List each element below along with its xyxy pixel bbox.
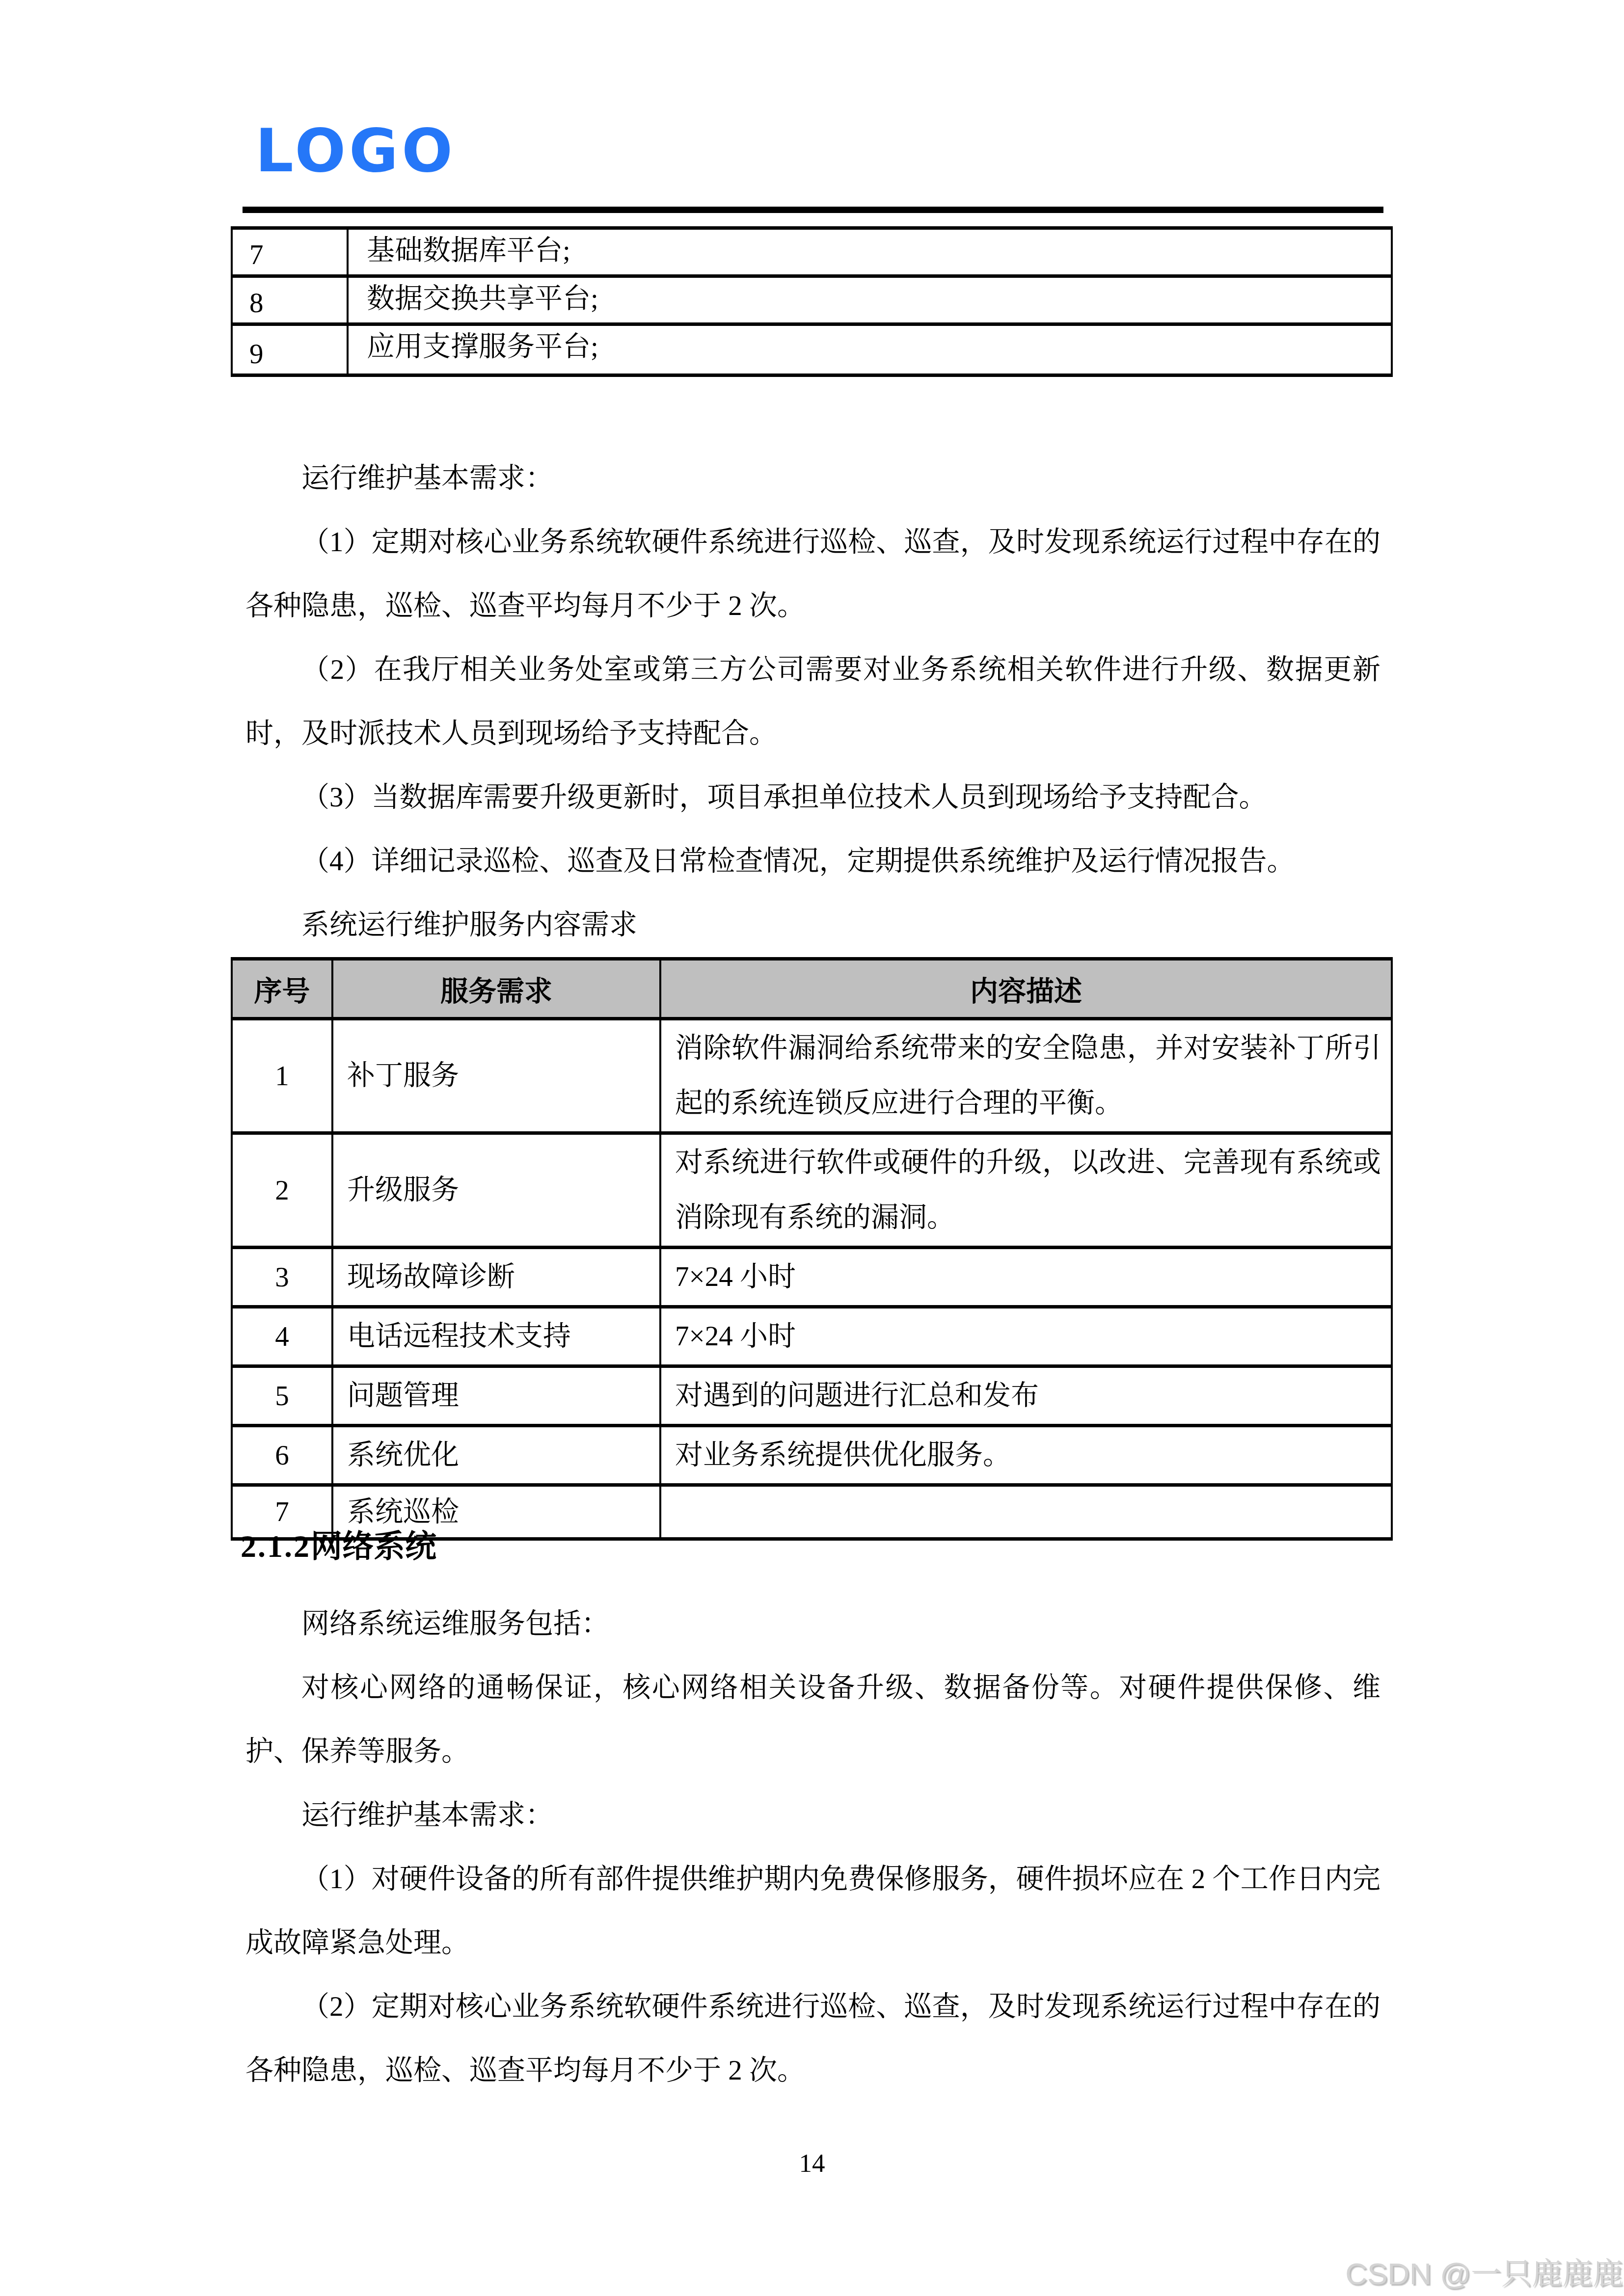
table-row: 5 问题管理 对遇到的问题进行汇总和发布	[232, 1366, 1392, 1426]
platform-table: 7 基础数据库平台; 8 数据交换共享平台; 9 应用支撑服务平台;	[231, 226, 1393, 377]
paragraph: （2）定期对核心业务系统软硬件系统进行巡检、巡查，及时发现系统运行过程中存在的各…	[245, 1975, 1380, 2103]
row-service-cell: 升级服务	[332, 1133, 660, 1248]
table-row: 1 补丁服务 消除软件漏洞给系统带来的安全隐患，并对安装补丁所引起的系统连锁反应…	[232, 1019, 1392, 1133]
paragraph: 系统运行维护服务内容需求	[245, 893, 1380, 957]
row-description-cell: 7×24 小时	[660, 1307, 1392, 1366]
row-number-cell: 8	[232, 276, 348, 324]
row-number-cell: 7	[232, 228, 348, 276]
row-service-cell: 补丁服务	[332, 1019, 660, 1133]
section-number: 2.1.2	[241, 1529, 311, 1564]
row-description-cell: 7×24 小时	[660, 1248, 1392, 1307]
paragraph: 运行维护基本需求：	[245, 447, 1380, 510]
row-description-cell: 对系统进行软件或硬件的升级，以改进、完善现有系统或消除现有系统的漏洞。	[660, 1133, 1392, 1248]
paragraph: （4）详细记录巡检、巡查及日常检查情况，定期提供系统维护及运行情况报告。	[245, 829, 1380, 893]
paragraph: （2）在我厅相关业务处室或第三方公司需要对业务系统相关软件进行升级、数据更新时，…	[245, 638, 1380, 766]
row-text-cell: 数据交换共享平台;	[348, 276, 1392, 324]
row-service-cell: 现场故障诊断	[332, 1248, 660, 1307]
table-header-row: 序号 服务需求 内容描述	[232, 959, 1392, 1019]
row-number-cell: 2	[232, 1133, 332, 1248]
row-number-cell: 3	[232, 1248, 332, 1307]
row-number-cell: 9	[232, 324, 348, 375]
maintenance-requirements-block: 运行维护基本需求： （1）定期对核心业务系统软硬件系统进行巡检、巡查，及时发现系…	[245, 447, 1380, 957]
network-system-block: 网络系统运维服务包括： 对核心网络的通畅保证，核心网络相关设备升级、数据备份等。…	[245, 1592, 1380, 2103]
row-text-cell: 基础数据库平台;	[348, 228, 1392, 276]
watermark: CSDN @一只鹿鹿鹿	[1345, 2255, 1623, 2294]
row-description-cell: 对遇到的问题进行汇总和发布	[660, 1366, 1392, 1426]
row-number-cell: 1	[232, 1019, 332, 1133]
row-description-cell: 对业务系统提供优化服务。	[660, 1426, 1392, 1485]
page-number: 14	[0, 2149, 1624, 2178]
header-rule	[243, 207, 1383, 213]
paragraph: 对核心网络的通畅保证，核心网络相关设备升级、数据备份等。对硬件提供保修、维护、保…	[245, 1656, 1380, 1784]
service-table: 序号 服务需求 内容描述 1 补丁服务 消除软件漏洞给系统带来的安全隐患，并对安…	[231, 957, 1393, 1541]
row-number-cell: 5	[232, 1366, 332, 1426]
row-service-cell: 系统优化	[332, 1426, 660, 1485]
paragraph: （3）当数据库需要升级更新时，项目承担单位技术人员到现场给予支持配合。	[245, 766, 1380, 829]
section-heading: 2.1.2网络系统	[241, 1525, 436, 1567]
paragraph: 运行维护基本需求：	[245, 1784, 1380, 1847]
row-text-cell: 应用支撑服务平台;	[348, 324, 1392, 375]
row-number-cell: 4	[232, 1307, 332, 1366]
table-row: 6 系统优化 对业务系统提供优化服务。	[232, 1426, 1392, 1485]
header-cell-service: 服务需求	[332, 959, 660, 1019]
table-row: 8 数据交换共享平台;	[232, 276, 1392, 324]
table-row: 2 升级服务 对系统进行软件或硬件的升级，以改进、完善现有系统或消除现有系统的漏…	[232, 1133, 1392, 1248]
row-description-cell: 消除软件漏洞给系统带来的安全隐患，并对安装补丁所引起的系统连锁反应进行合理的平衡…	[660, 1019, 1392, 1133]
header-cell-index: 序号	[232, 959, 332, 1019]
row-number-cell: 6	[232, 1426, 332, 1485]
paragraph: （1）定期对核心业务系统软硬件系统进行巡检、巡查，及时发现系统运行过程中存在的各…	[245, 510, 1380, 638]
document-page: LOGO 7 基础数据库平台; 8 数据交换共享平台; 9 应用支撑服务平台; …	[0, 0, 1624, 2296]
row-description-cell	[660, 1485, 1392, 1539]
paragraph: 网络系统运维服务包括：	[245, 1592, 1380, 1656]
paragraph: （1）对硬件设备的所有部件提供维护期内免费保修服务，硬件损坏应在 2 个工作日内…	[245, 1847, 1380, 1975]
row-service-cell: 问题管理	[332, 1366, 660, 1426]
table-row: 3 现场故障诊断 7×24 小时	[232, 1248, 1392, 1307]
company-logo: LOGO	[255, 119, 456, 183]
table-row: 9 应用支撑服务平台;	[232, 324, 1392, 375]
table-row: 7 基础数据库平台;	[232, 228, 1392, 276]
table-row: 4 电话远程技术支持 7×24 小时	[232, 1307, 1392, 1366]
header-cell-description: 内容描述	[660, 959, 1392, 1019]
row-service-cell: 电话远程技术支持	[332, 1307, 660, 1366]
section-title: 网络系统	[311, 1528, 436, 1564]
